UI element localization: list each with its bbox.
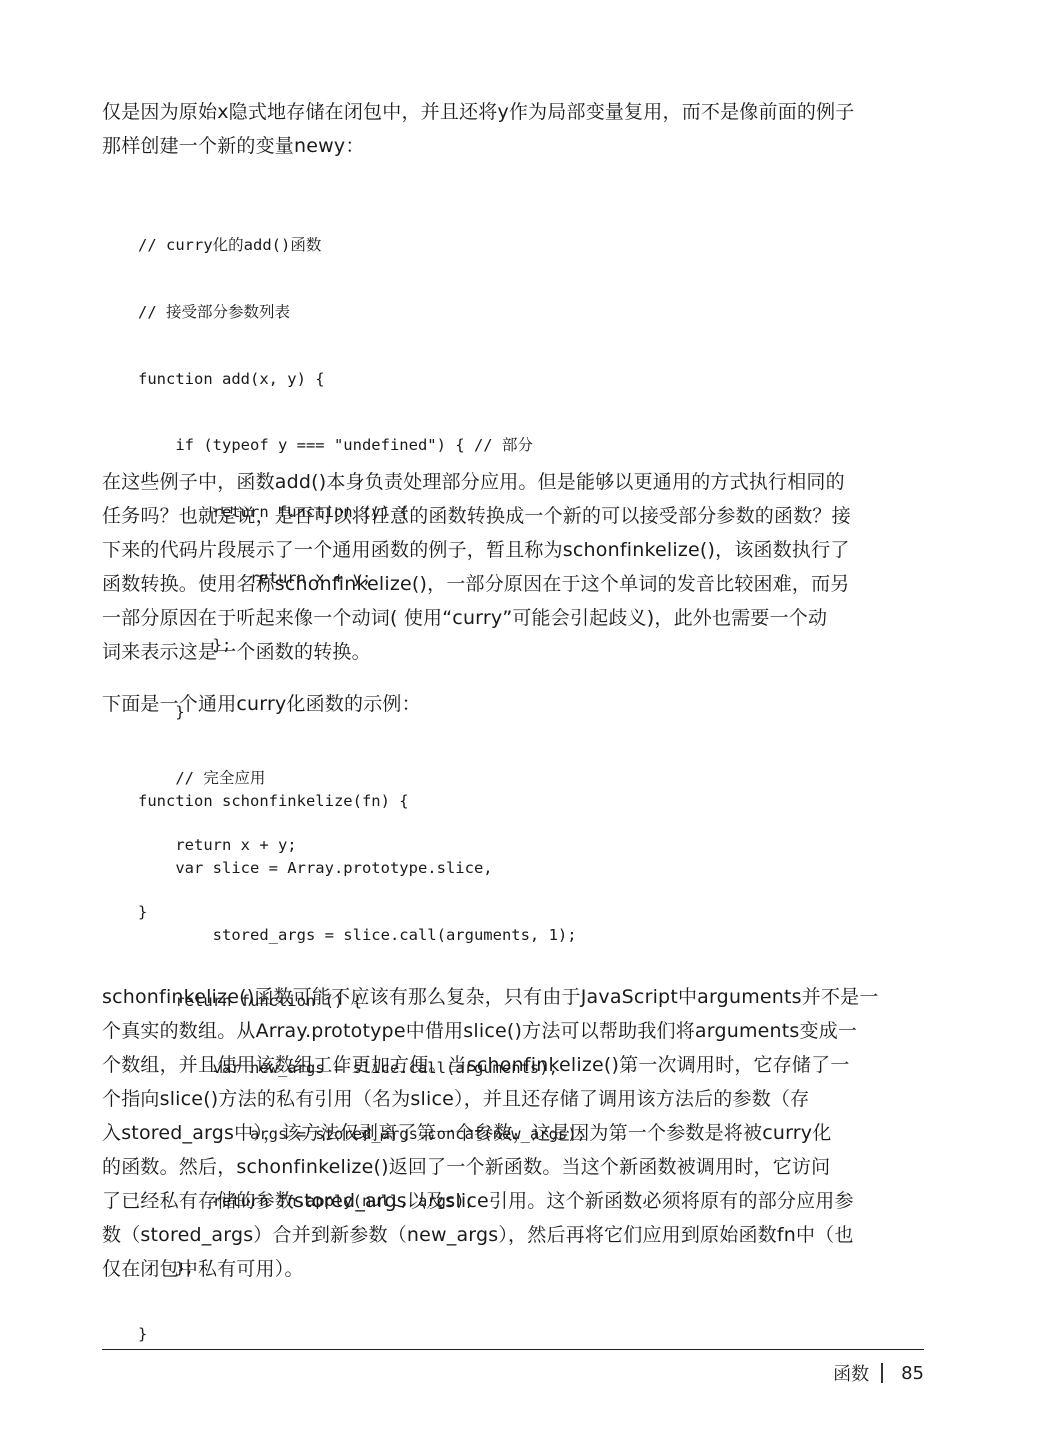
text-line: 入stored_args中），该方法仅剥离了第一个参数，这是因为第一个参数是将被…: [102, 1116, 924, 1150]
text-line: 在这些例子中，函数add()本身负责处理部分应用。但是能够以更通用的方式执行相同…: [102, 465, 924, 499]
footer-separator: [881, 1363, 883, 1383]
text-line: 个真实的数组。从Array.prototype中借用slice()方法可以帮助我…: [102, 1014, 924, 1048]
text-line: 一部分原因在于听起来像一个动词( 使用“curry”可能会引起歧义)，此外也需要…: [102, 601, 924, 635]
text-line: 数（stored_args）合并到新参数（new_args），然后再将它们应用到…: [102, 1218, 924, 1252]
text-line: 任务吗？也就是说，是否可以将任意的函数转换成一个新的可以接受部分参数的函数？接: [102, 499, 924, 533]
text-line: 个数组，并且使用该数组工作更加方便。当schonfinkelize()第一次调用…: [102, 1048, 924, 1082]
book-page: 仅是因为原始x隐式地存储在闭包中，并且还将y作为局部变量复用，而不是像前面的例子…: [0, 0, 1054, 1441]
text-line: 函数转换。使用名称schonfinkelize()，一部分原因在于这个单词的发音…: [102, 567, 924, 601]
code-line: if (typeof y === "undefined") { // 部分: [138, 434, 533, 456]
code-line: // curry化的add()函数: [138, 234, 533, 256]
code-line: var slice = Array.prototype.slice,: [138, 857, 586, 879]
paragraph-explanation: schonfinkelize()函数可能不应该有那么复杂，只有由于JavaScr…: [102, 980, 924, 1286]
text-line: 个指向slice()方法的私有引用（名为slice），并且还存储了调用该方法后的…: [102, 1082, 924, 1116]
text-line: 词来表示这是一个函数的转换。: [102, 635, 924, 669]
text-line: 下来的代码片段展示了一个通用函数的例子，暂且称为schonfinkelize()…: [102, 533, 924, 567]
code-line: function schonfinkelize(fn) {: [138, 790, 586, 812]
text-line: 了已经私有存储的参数stored_args以及slice引用。这个新函数必须将原…: [102, 1184, 924, 1218]
text-line: 的函数。然后，schonfinkelize()返回了一个新函数。当这个新函数被调…: [102, 1150, 924, 1184]
code-line: function add(x, y) {: [138, 368, 533, 390]
code-line: // 接受部分参数列表: [138, 301, 533, 323]
text-line: 仅是因为原始x隐式地存储在闭包中，并且还将y作为局部变量复用，而不是像前面的例子: [102, 95, 924, 129]
code-line: }: [138, 1323, 586, 1345]
page-footer: 函数 85: [833, 1360, 924, 1386]
chapter-title: 函数: [833, 1360, 869, 1386]
code-line: stored_args = slice.call(arguments, 1);: [138, 924, 586, 946]
text-line: 那样创建一个新的变量newy：: [102, 129, 924, 163]
paragraph-generic-curry: 在这些例子中，函数add()本身负责处理部分应用。但是能够以更通用的方式执行相同…: [102, 465, 924, 669]
text-line: 下面是一个通用curry化函数的示例：: [102, 687, 924, 721]
paragraph-example-intro: 下面是一个通用curry化函数的示例：: [102, 687, 924, 721]
text-line: 仅在闭包中私有可用）。: [102, 1252, 924, 1286]
page-number: 85: [901, 1363, 924, 1384]
paragraph-intro: 仅是因为原始x隐式地存储在闭包中，并且还将y作为局部变量复用，而不是像前面的例子…: [102, 95, 924, 163]
text-line: schonfinkelize()函数可能不应该有那么复杂，只有由于JavaScr…: [102, 980, 924, 1014]
footer-divider: [102, 1349, 924, 1350]
